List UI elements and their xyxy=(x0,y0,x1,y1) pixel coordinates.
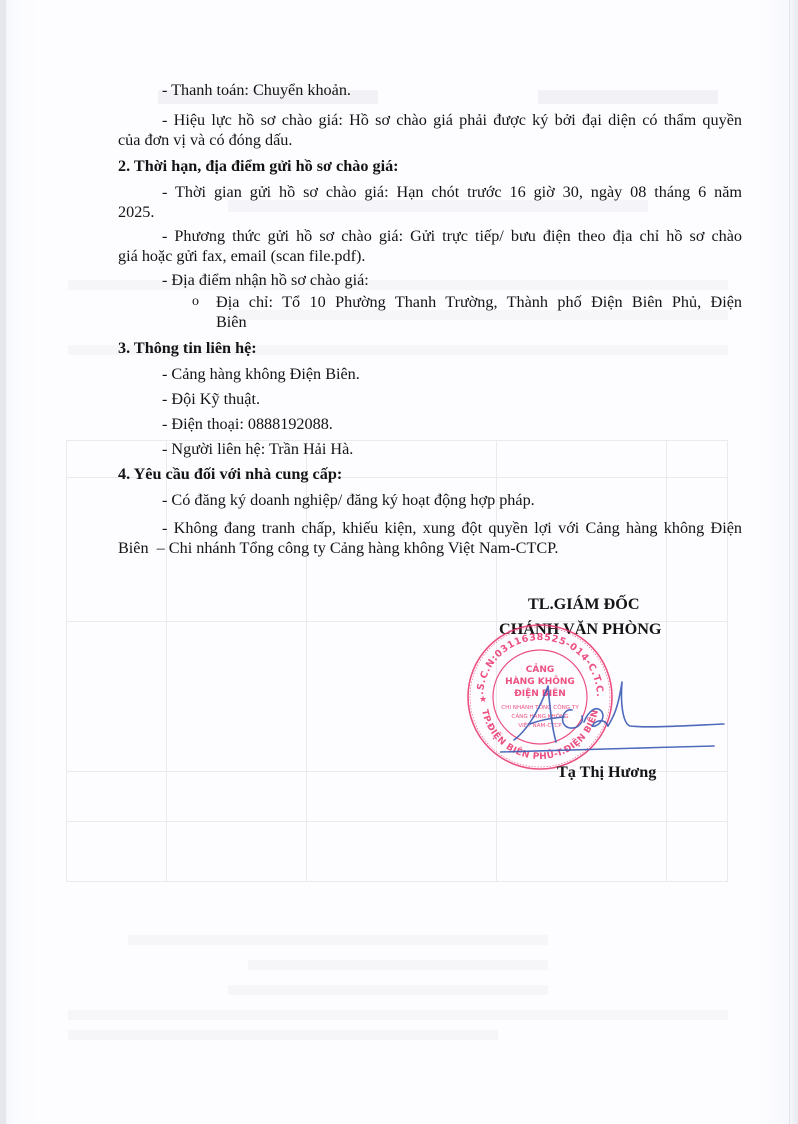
circle-bullet-icon: o xyxy=(192,294,199,310)
signer-name: Tạ Thị Hương xyxy=(557,763,656,782)
section-3-heading: 3. Thông tin liên hệ: xyxy=(118,338,257,358)
signature-title-director: TL.GIÁM ĐỐC xyxy=(528,595,640,614)
payment-method-line: - Thanh toán: Chuyển khoản. xyxy=(162,80,351,100)
contact-item: - Người liên hệ: Trần Hải Hà. xyxy=(162,439,353,459)
validity-line-2: của đơn vị và có đóng dấu. xyxy=(118,130,292,150)
address-line-1: Địa chỉ: Tổ 10 Phường Thanh Trường, Thàn… xyxy=(216,292,742,312)
contact-item: - Cảng hàng không Điện Biên. xyxy=(162,364,360,384)
validity-line-1: - Hiệu lực hồ sơ chào giá: Hồ sơ chào gi… xyxy=(162,110,742,130)
supplier-requirement-2-line-1: - Không đang tranh chấp, khiếu kiện, xun… xyxy=(162,518,742,538)
deadline-line-1: - Thời gian gửi hồ sơ chào giá: Hạn chót… xyxy=(162,182,742,202)
supplier-requirement-2-line-2: Biên – Chi nhánh Tổng công ty Cảng hàng … xyxy=(118,538,558,558)
document-page: - Thanh toán: Chuyển khoản. - Hiệu lực h… xyxy=(0,0,798,1124)
section-4-heading: 4. Yêu cầu đối với nhà cung cấp: xyxy=(118,464,342,484)
supplier-requirement-1: - Có đăng ký doanh nghiệp/ đăng ký hoạt … xyxy=(162,490,535,510)
method-line-1: - Phương thức gửi hồ sơ chào giá: Gửi tr… xyxy=(162,226,742,246)
address-line-2: Biên xyxy=(216,312,247,332)
deadline-line-2: 2025. xyxy=(118,202,154,222)
contact-item: - Đội Kỹ thuật. xyxy=(162,389,260,409)
method-line-2: giá hoặc gửi fax, email (scan file.pdf). xyxy=(118,246,365,266)
section-2-heading: 2. Thời hạn, địa điểm gửi hồ sơ chào giá… xyxy=(118,156,399,176)
stamp-star-icon: ★ xyxy=(479,695,487,705)
contact-item: - Điện thoại: 0888192088. xyxy=(162,414,333,434)
handwritten-signature xyxy=(500,668,730,768)
location-label: - Địa điểm nhận hồ sơ chào giá: xyxy=(162,270,369,290)
